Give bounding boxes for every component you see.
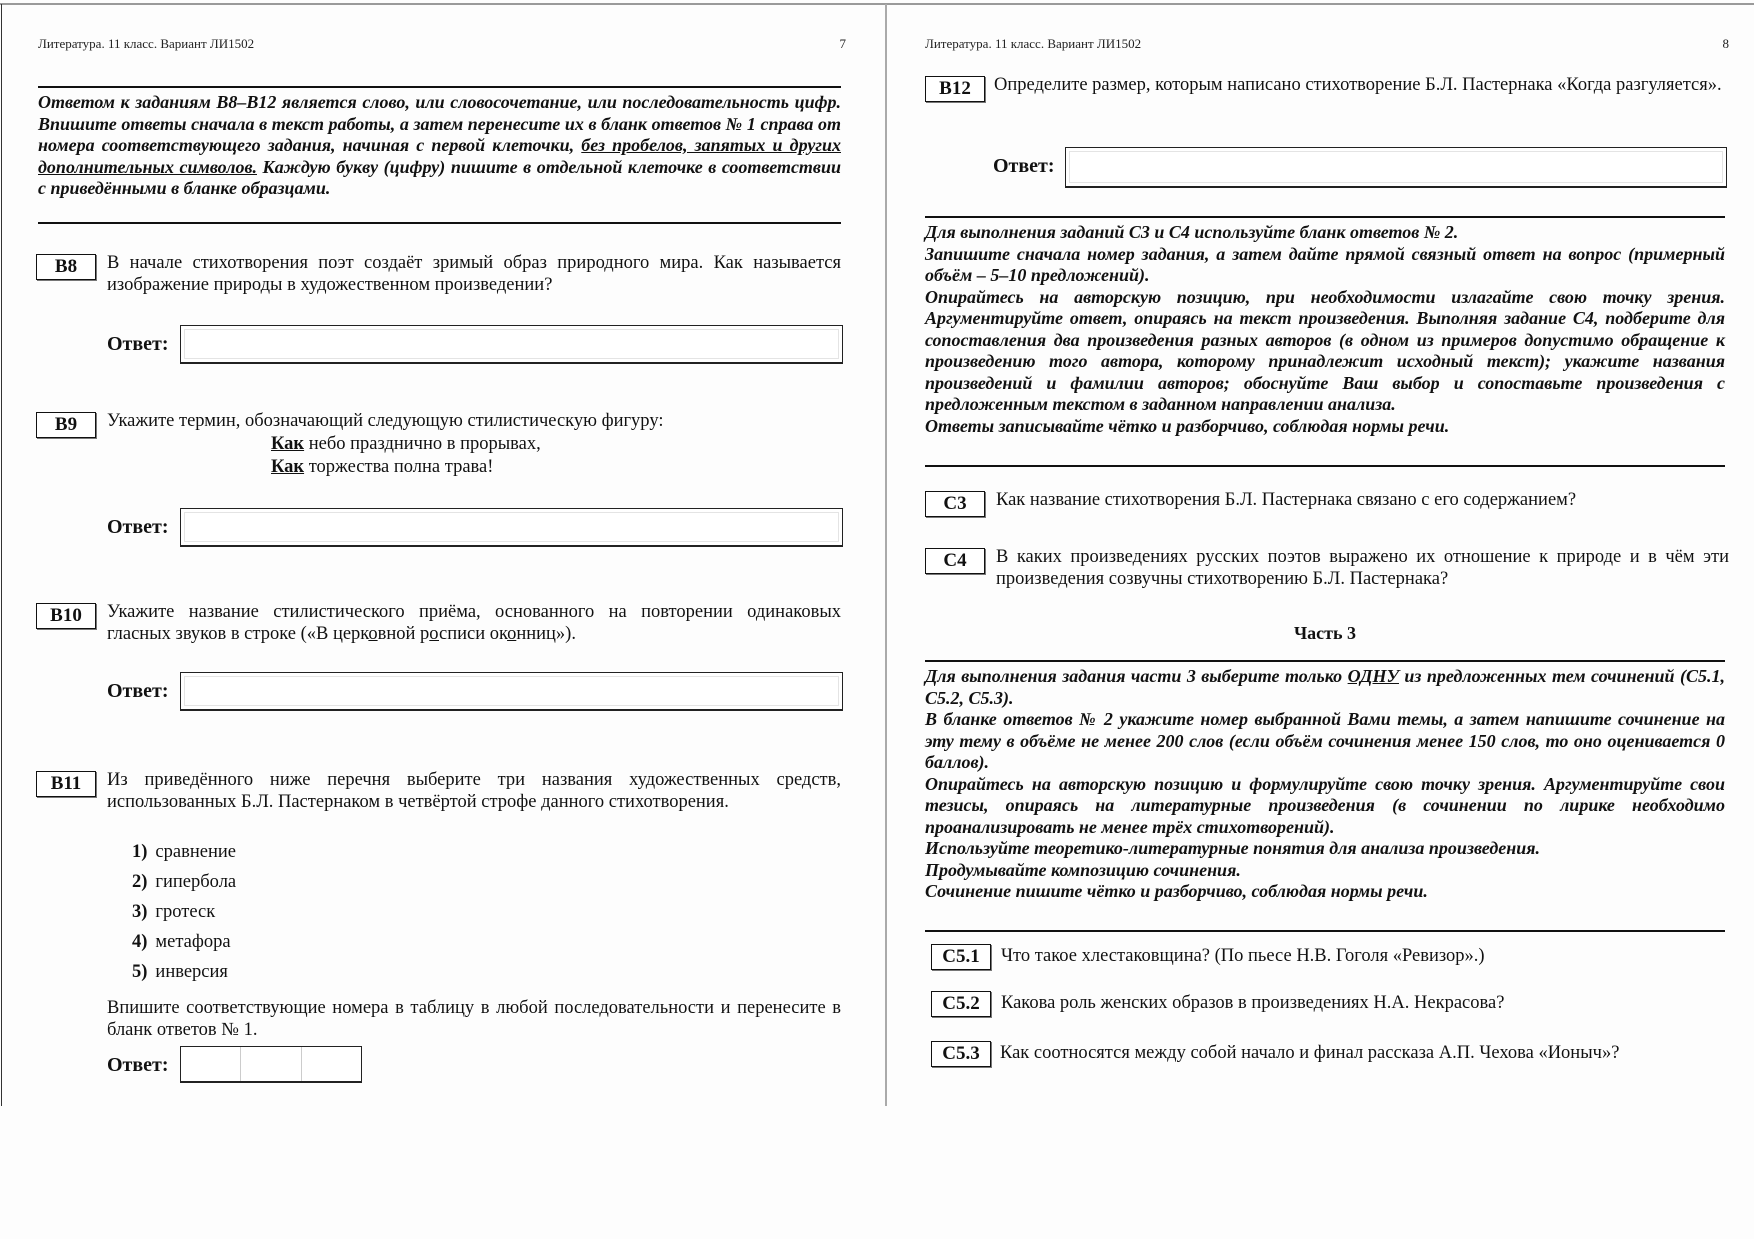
topic-label-c5-1: С5.1 (931, 944, 991, 970)
instructions-part3-top-rule (925, 660, 1725, 662)
option-5: 5)инверсия (132, 962, 228, 983)
page-header: Литература. 11 класс. Вариант ЛИ1502 (925, 36, 1141, 52)
task-label-b12: B12 (925, 76, 985, 102)
answer-field-b12[interactable] (1065, 147, 1727, 188)
answer-label-b10: Ответ: (107, 680, 169, 703)
instructions-c-top-rule (925, 216, 1725, 218)
answer-label-b11: Ответ: (107, 1054, 169, 1077)
instructions-part3-bottom-rule (925, 930, 1725, 932)
answer-label-b12: Ответ: (993, 155, 1055, 178)
task-text-b12: Определите размер, которым написано стих… (994, 74, 1729, 96)
topic-text-c5-1: Что такое хлестаковщина? (По пьесе Н.В. … (1001, 945, 1729, 967)
page-divider (885, 4, 887, 1106)
verse-line-1: Как небо празднично в прорывах, (271, 433, 541, 456)
topic-label-c5-3: С5.3 (931, 1041, 991, 1067)
part3-title: Часть 3 (925, 623, 1725, 644)
option-1: 1)сравнение (132, 842, 236, 863)
task-text-b10: Укажите название стилистического приёма,… (107, 601, 841, 645)
task-label-b9: B9 (36, 412, 96, 438)
instructions-b8-b12: Ответом к заданиям В8–В12 является слово… (38, 92, 841, 200)
task-label-c3: C3 (925, 491, 985, 517)
answer-label-b9: Ответ: (107, 516, 169, 539)
task-text-c3: Как название стихотворения Б.Л. Пастерна… (996, 489, 1729, 511)
verse-line-2: Как торжества полна трава! (271, 456, 493, 479)
task-label-c4: C4 (925, 548, 985, 574)
answer-cell-2[interactable] (241, 1047, 301, 1081)
document-top-border (0, 3, 1754, 5)
answer-cell-1[interactable] (181, 1047, 241, 1081)
instructions-top-rule (38, 86, 841, 88)
page-number: 7 (840, 36, 847, 52)
page-header: Литература. 11 класс. Вариант ЛИ1502 (38, 36, 254, 52)
task-text-b11: Из приведённого ниже перечня выберите тр… (107, 769, 841, 813)
answer-field-b8[interactable] (180, 325, 843, 364)
task-label-b10: B10 (36, 603, 96, 629)
option-2: 2)гипербола (132, 872, 236, 893)
page-number: 8 (1723, 36, 1730, 52)
instructions-c-bottom-rule (925, 465, 1725, 467)
topic-label-c5-2: С5.2 (931, 991, 991, 1017)
answer-label-b8: Ответ: (107, 333, 169, 356)
topic-text-c5-3: Как соотносятся между собой начало и фин… (994, 1042, 1729, 1064)
answer-cell-3[interactable] (302, 1047, 361, 1081)
instructions-bottom-rule (38, 222, 841, 224)
option-4: 4)метафора (132, 932, 231, 953)
task-text-b9: Укажите термин, обозначающий следующую с… (107, 410, 841, 432)
answer-field-b10[interactable] (180, 672, 843, 711)
option-3: 3)гротеск (132, 902, 215, 923)
task-text-b8: В начале стихотворения поэт создаёт зрим… (107, 252, 841, 296)
answer-cells-b11 (180, 1046, 362, 1083)
task-label-b8: B8 (36, 254, 96, 280)
left-page-edge (1, 4, 2, 1106)
task-note-b11: Впишите соответствующие номера в таблицу… (107, 997, 841, 1041)
task-text-c4: В каких произведениях русских поэтов выр… (996, 546, 1729, 590)
topic-text-c5-2: Какова роль женских образов в произведен… (1001, 992, 1729, 1014)
instructions-c3-c4: Для выполнения заданий С3 и С4 используй… (925, 222, 1725, 437)
answer-field-b9[interactable] (180, 508, 843, 547)
instructions-part3: Для выполнения задания части 3 выберите … (925, 666, 1725, 903)
task-label-b11: B11 (36, 771, 96, 797)
